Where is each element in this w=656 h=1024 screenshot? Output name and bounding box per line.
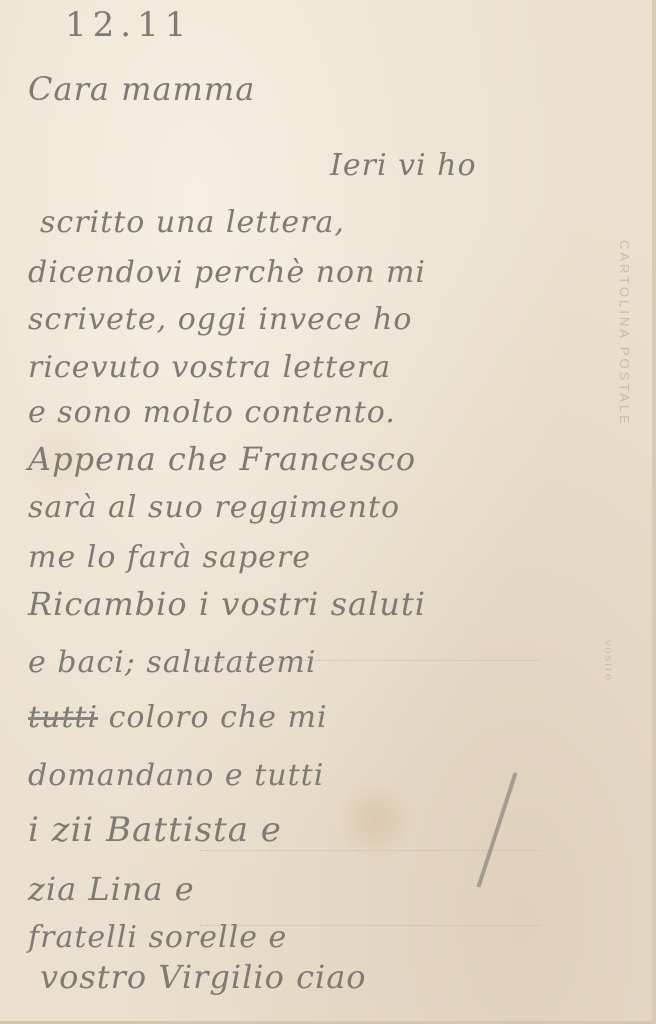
address-rule xyxy=(200,925,540,926)
handwritten-line: i zii Battista e xyxy=(28,810,282,850)
date: 12.11 xyxy=(65,5,192,45)
handwritten-line: sarà al suo reggimento xyxy=(28,490,400,525)
printed-margin-text-2: vostro xyxy=(602,640,614,682)
handwritten-line: dicendovi perchè non mi xyxy=(28,255,426,290)
handwritten-line: Appena che Francesco xyxy=(28,440,416,478)
struck-word: tutti xyxy=(28,700,98,735)
handwritten-line: me lo farà sapere xyxy=(28,540,311,575)
handwritten-line: tutti coloro che mi xyxy=(28,700,328,735)
printed-margin-text: CARTOLINA POSTALE xyxy=(617,240,632,427)
handwritten-line: e baci; salutatemi xyxy=(28,645,316,680)
postcard-back: 12.11 Cara mamma Ieri vi hoscritto una l… xyxy=(0,0,656,1024)
handwritten-line: scritto una lettera, xyxy=(40,205,345,240)
handwritten-line: scrivete, oggi invece ho xyxy=(28,302,412,337)
handwritten-line: ricevuto vostra lettera xyxy=(28,350,391,385)
address-rule xyxy=(200,660,540,661)
handwritten-line: e sono molto contento. xyxy=(28,395,396,430)
pen-flourish xyxy=(477,772,518,887)
handwritten-line: domandano e tutti xyxy=(28,758,324,793)
handwritten-line: Ricambio i vostri saluti xyxy=(28,585,426,623)
handwritten-line: zia Lina e xyxy=(28,870,195,908)
salutation: Cara mamma xyxy=(28,70,255,108)
handwritten-line: vostro Virgilio ciao xyxy=(40,958,367,996)
handwritten-line: Ieri vi ho xyxy=(330,148,477,183)
